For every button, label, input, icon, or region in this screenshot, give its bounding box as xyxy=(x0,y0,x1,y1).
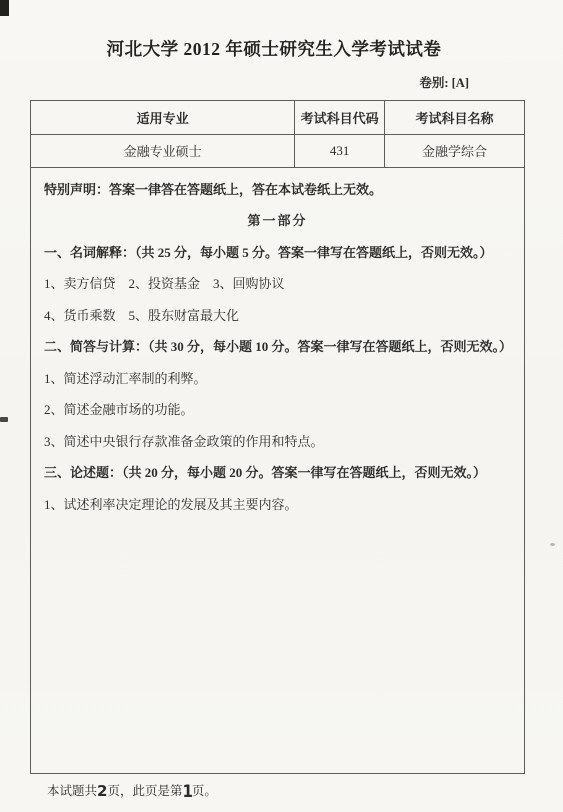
exam-body-frame: 适用专业 考试科目代码 考试科目名称 金融专业硕士 431 金融学综合 特别声明… xyxy=(30,100,525,774)
cell-name-value: 金融学综合 xyxy=(384,134,524,167)
footer-suffix: 页。 xyxy=(192,784,217,798)
header-subject-code: 考试科目代码 xyxy=(295,101,385,134)
header-subject-name: 考试科目名称 xyxy=(384,101,524,134)
scan-artifact-corner xyxy=(0,0,9,16)
page-title: 河北大学 2012 年硕士研究生入学考试试卷 xyxy=(0,36,548,61)
special-notice: 特别声明：答案一律答在答题纸上，答在本试卷纸上无效。 xyxy=(44,174,511,206)
page-footer: 本试题共2页，此页是第1页。 xyxy=(47,781,217,799)
info-table-data-row: 金融专业硕士 431 金融学综合 xyxy=(31,134,524,167)
exam-paper-scan: 河北大学 2012 年硕士研究生入学考试试卷 卷别: [A] 适用专业 考试科目… xyxy=(0,0,563,812)
exam-content: 特别声明：答案一律答在答题纸上，答在本试卷纸上无效。 第一部分 一、名词解释：（… xyxy=(31,168,524,521)
info-table: 适用专业 考试科目代码 考试科目名称 金融专业硕士 431 金融学综合 xyxy=(31,101,524,168)
info-table-header-row: 适用专业 考试科目代码 考试科目名称 xyxy=(31,101,524,134)
footer-mid: 页，此页是第 xyxy=(107,784,182,798)
section-2-question-1: 1、简述浮动汇率制的利弊。 xyxy=(44,363,511,395)
footer-current-page: 1 xyxy=(182,781,191,802)
footer-prefix: 本试题共 xyxy=(47,784,97,798)
volume-label: 卷别: [A] xyxy=(419,73,469,91)
section-2-question-2: 2、简述金融市场的功能。 xyxy=(44,394,511,426)
section-3-heading: 三、论述题：（共 20 分，每小题 20 分。答案一律写在答题纸上，否则无效。） xyxy=(44,457,511,489)
section-2-question-3: 3、简述中央银行存款准备金政策的作用和特点。 xyxy=(44,426,511,458)
cell-code-value: 431 xyxy=(295,134,385,167)
cell-major-value: 金融专业硕士 xyxy=(31,134,295,167)
header-applicable-major: 适用专业 xyxy=(31,101,295,134)
section-1-line-1: 1、卖方信贷 2、投资基金 3、回购协议 xyxy=(44,268,511,300)
footer-total-pages: 2 xyxy=(97,782,107,800)
section-1-heading: 一、名词解释：（共 25 分，每小题 5 分。答案一律写在答题纸上，否则无效。） xyxy=(44,237,511,269)
section-2-heading: 二、简答与计算：（共 30 分，每小题 10 分。答案一律写在答题纸上，否则无效… xyxy=(44,331,511,363)
part-title: 第一部分 xyxy=(44,205,511,237)
scan-artifact-dot xyxy=(550,543,555,546)
section-3-question-1: 1、试述利率决定理论的发展及其主要内容。 xyxy=(44,489,511,521)
section-1-line-2: 4、货币乘数 5、股东财富最大化 xyxy=(44,300,511,332)
scan-artifact-dash xyxy=(0,417,8,422)
